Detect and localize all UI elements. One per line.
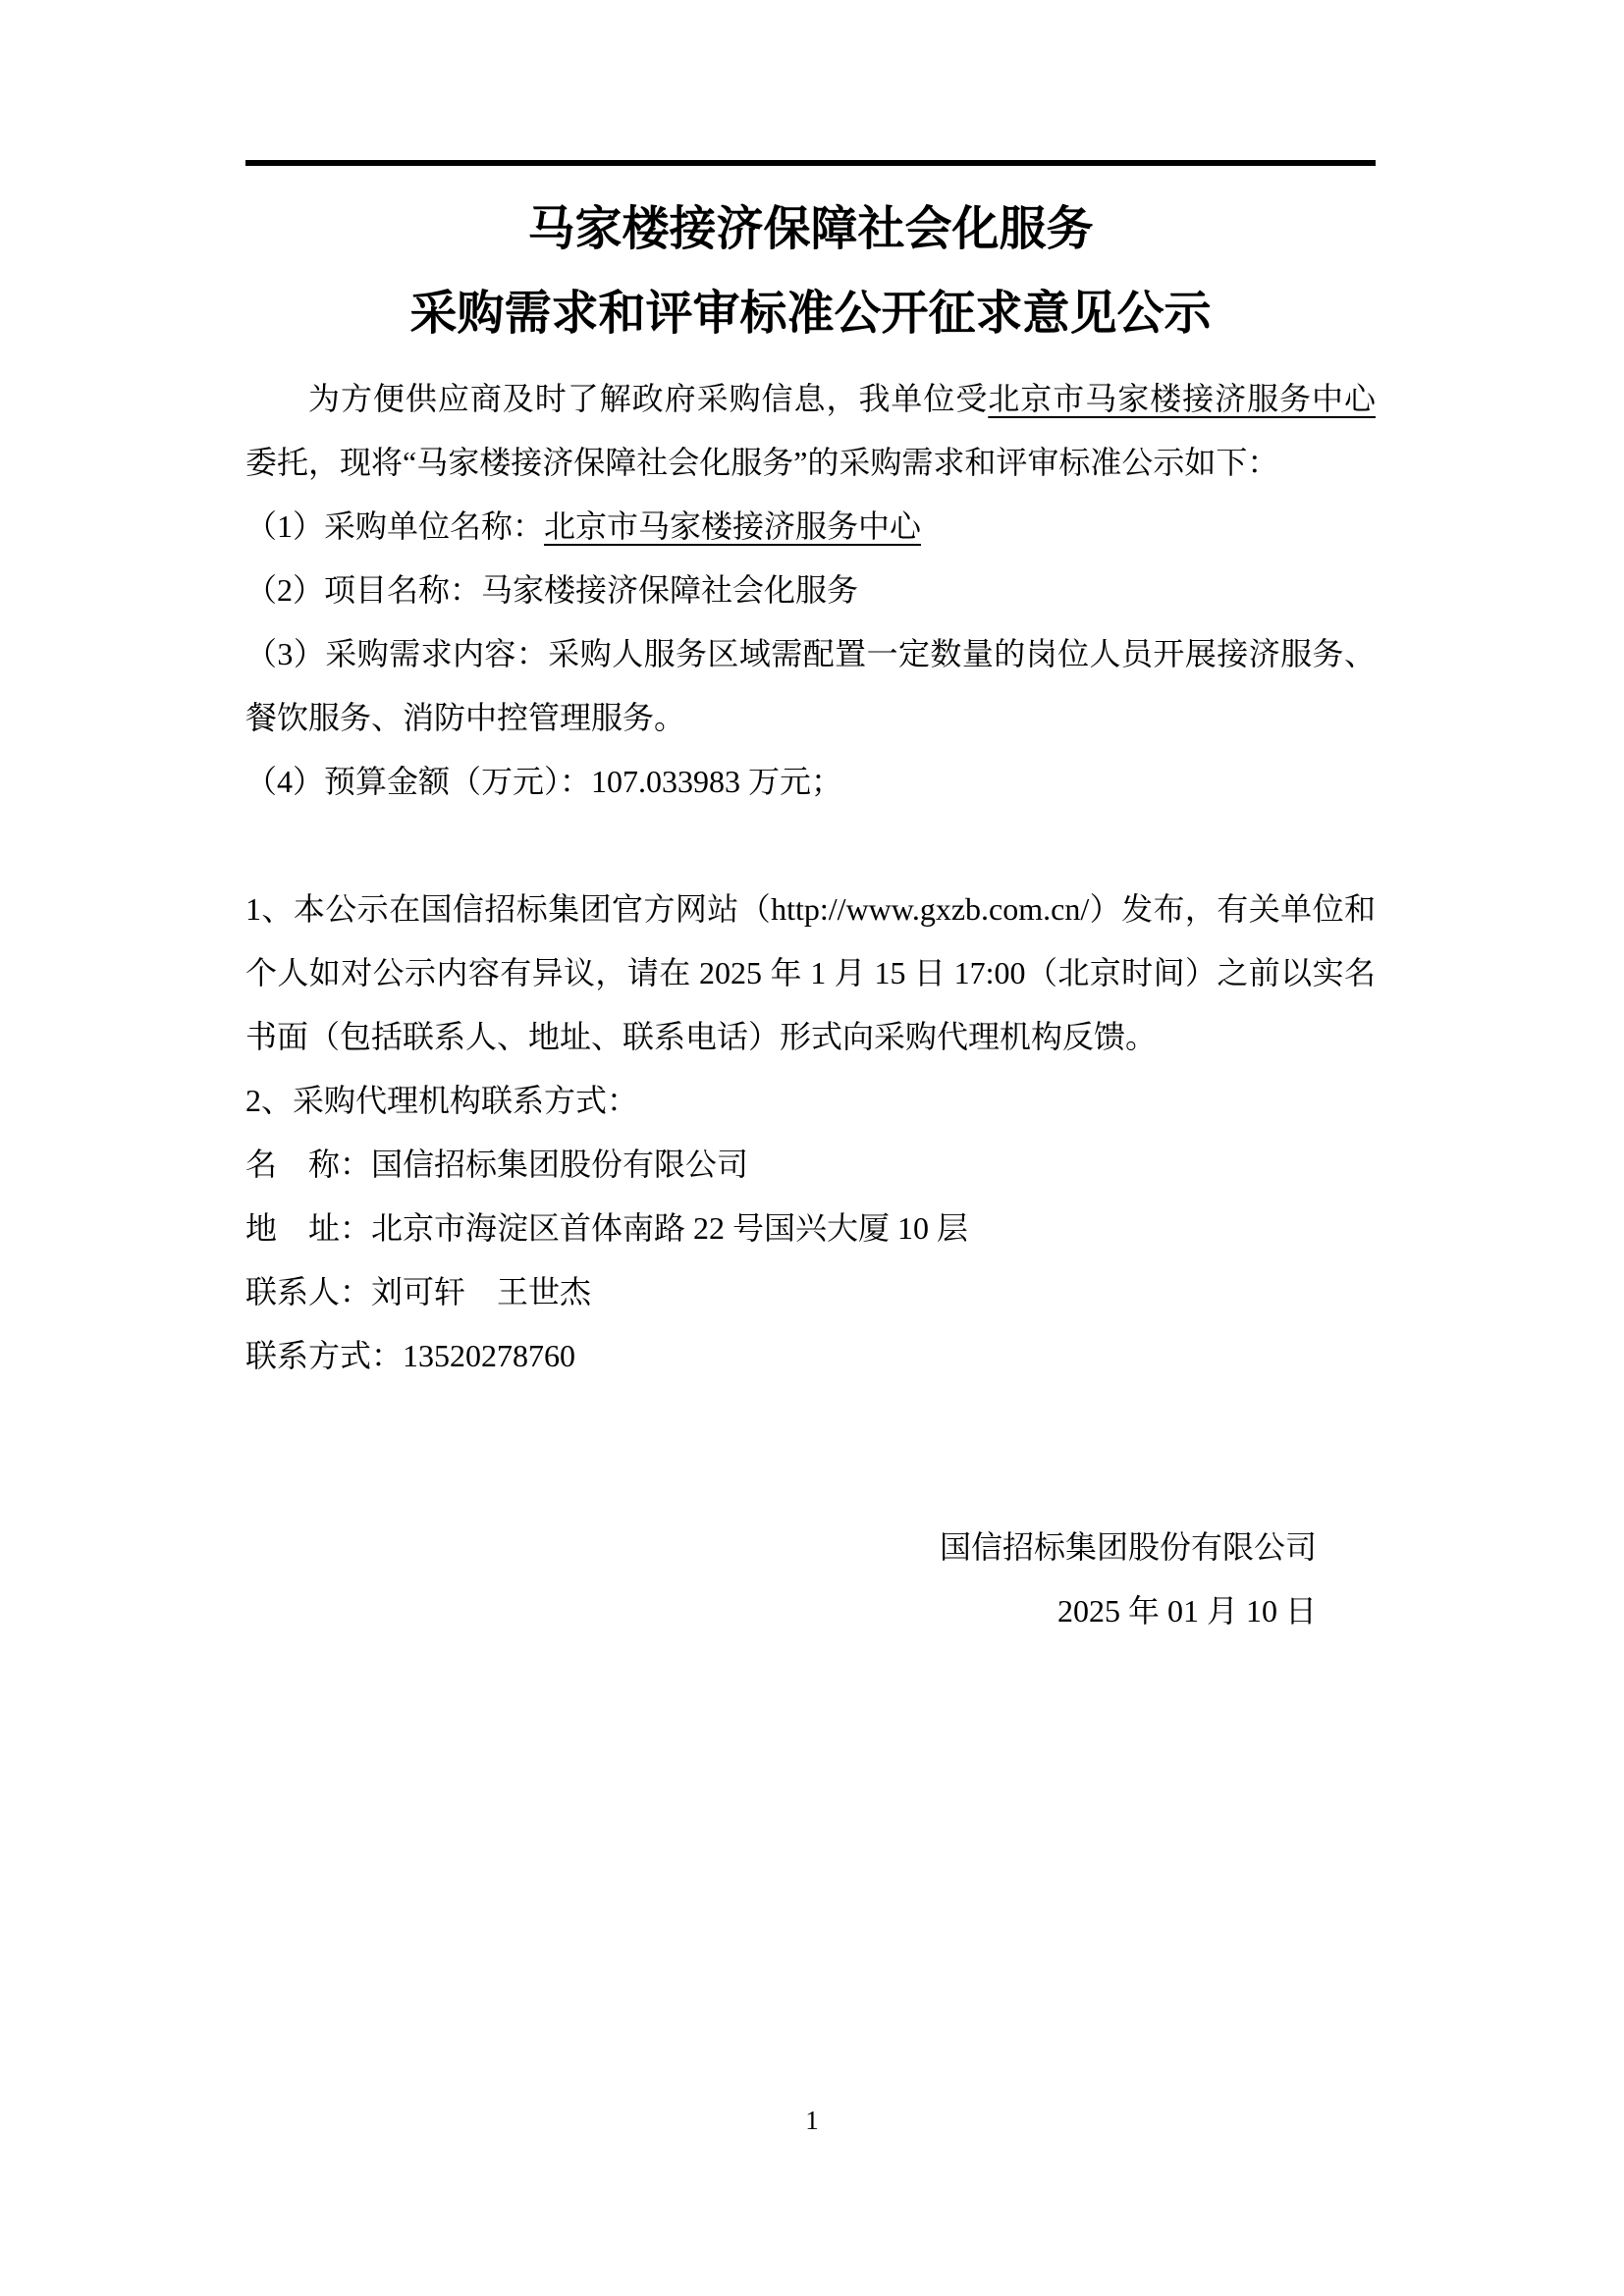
agency-phone-line: 联系方式：13520278760 [245, 1324, 1376, 1388]
entrusting-org-underlined: 北京市马家楼接济服务中心 [988, 381, 1376, 416]
agency-name-line: 名 称：国信招标集团股份有限公司 [245, 1133, 1376, 1197]
intro-text-continued: 委托，现将“马家楼接济保障社会化服务”的采购需求和评审标准公示如下： [245, 445, 1278, 480]
item-purchaser: （1）采购单位名称：北京市马家楼接济服务中心 [245, 495, 1376, 559]
item-project: （2）项目名称：马家楼接济保障社会化服务 [245, 559, 1376, 622]
purchaser-name-underlined: 北京市马家楼接济服务中心 [544, 508, 921, 544]
item-requirements: （3）采购需求内容：采购人服务区域需配置一定数量的岗位人员开展接济服务、餐饮服务… [245, 622, 1376, 750]
signature-block: 国信招标集团股份有限公司 2025 年 01 月 10 日 [245, 1516, 1376, 1643]
note-agency-contact-heading: 2、采购代理机构联系方式： [245, 1069, 1376, 1133]
doc-title-line-2: 采购需求和评审标准公开征求意见公示 [245, 285, 1376, 344]
intro-paragraph: 为方便供应商及时了解政府采购信息，我单位受北京市马家楼接济服务中心委托，现将“马… [245, 367, 1376, 495]
intro-text: 为方便供应商及时了解政府采购信息，我单位受 [308, 381, 988, 416]
agency-address-line: 地 址：北京市海淀区首体南路 22 号国兴大厦 10 层 [245, 1197, 1376, 1260]
doc-title-line-1: 马家楼接济保障社会化服务 [245, 200, 1376, 259]
item-purchaser-label: （1）采购单位名称： [245, 508, 544, 544]
document-page: 马家楼接济保障社会化服务 采购需求和评审标准公开征求意见公示 为方便供应商及时了… [0, 0, 1624, 2296]
signature-company: 国信招标集团股份有限公司 [245, 1516, 1317, 1579]
agency-contacts-line: 联系人：刘可轩 王世杰 [245, 1260, 1376, 1324]
item-budget: （4）预算金额（万元）：107.033983 万元； [245, 750, 1376, 814]
note-publication: 1、本公示在国信招标集团官方网站（http://www.gxzb.com.cn/… [245, 878, 1376, 1069]
header-rule [245, 160, 1376, 166]
page-number: 1 [0, 2101, 1624, 2140]
document-body: 为方便供应商及时了解政府采购信息，我单位受北京市马家楼接济服务中心委托，现将“马… [245, 367, 1376, 1643]
signature-date: 2025 年 01 月 10 日 [245, 1579, 1317, 1643]
